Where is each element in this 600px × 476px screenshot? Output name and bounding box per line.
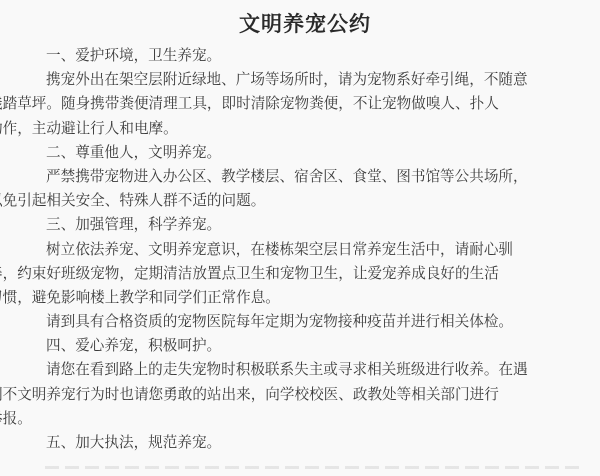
paragraph-line: 习惯，避免影响楼上教学和同学们正常作息。 — [0, 286, 592, 310]
document-body: 一、爱护环境，卫生养宠。 携宠外出在架空层附近绿地、广场等场所时，请为宠物系好牵… — [0, 44, 592, 455]
paragraph-line: 树立依法养宠、文明养宠意识，在楼栋架空层日常养宠生活中，请耐心驯 — [0, 238, 592, 262]
section-heading-4: 四、爱心养宠，积极呵护。 — [0, 334, 592, 358]
paragraph-line: 举报。 — [0, 407, 592, 431]
paragraph-line: 以免引起相关安全、特殊人群不适的问题。 — [0, 189, 592, 213]
section-heading-5: 五、加大执法，规范养宠。 — [0, 431, 592, 455]
section-heading-2: 二、尊重他人，文明养宠。 — [0, 141, 592, 165]
paragraph-line: 请您在看到路上的走失宠物时积极联系失主或寻求相关班级进行收养。在遇 — [0, 358, 592, 382]
section-heading-3: 三、加强管理，科学养宠。 — [0, 213, 592, 237]
document-title: 文明养宠公约 — [0, 8, 600, 38]
paragraph-line: 动作，主动避让行人和电摩。 — [0, 117, 592, 141]
paragraph-line: 到不文明养宠行为时也请您勇敢的站出来，向学校校医、政教处等相关部门进行 — [0, 383, 592, 407]
paragraph-line: 践踏草坪。随身携带粪便清理工具，即时清除宠物粪便，不让宠物做嗅人、扑人 — [0, 92, 592, 116]
section-heading-1: 一、爱护环境，卫生养宠。 — [0, 44, 592, 68]
paragraph-line: 请到具有合格资质的宠物医院每年定期为宠物接种疫苗并进行相关体检。 — [0, 310, 592, 334]
paragraph-line: 携宠外出在架空层附近绿地、广场等场所时，请为宠物系好牵引绳，不随意 — [0, 68, 592, 92]
paragraph-line: 养，约束好班级宠物，定期清洁放置点卫生和宠物卫生，让爱宠养成良好的生活 — [0, 262, 592, 286]
cutoff-text-line — [45, 466, 585, 469]
paragraph-line: 严禁携带宠物进入办公区、教学楼层、宿舍区、食堂、图书馆等公共场所， — [0, 165, 592, 189]
